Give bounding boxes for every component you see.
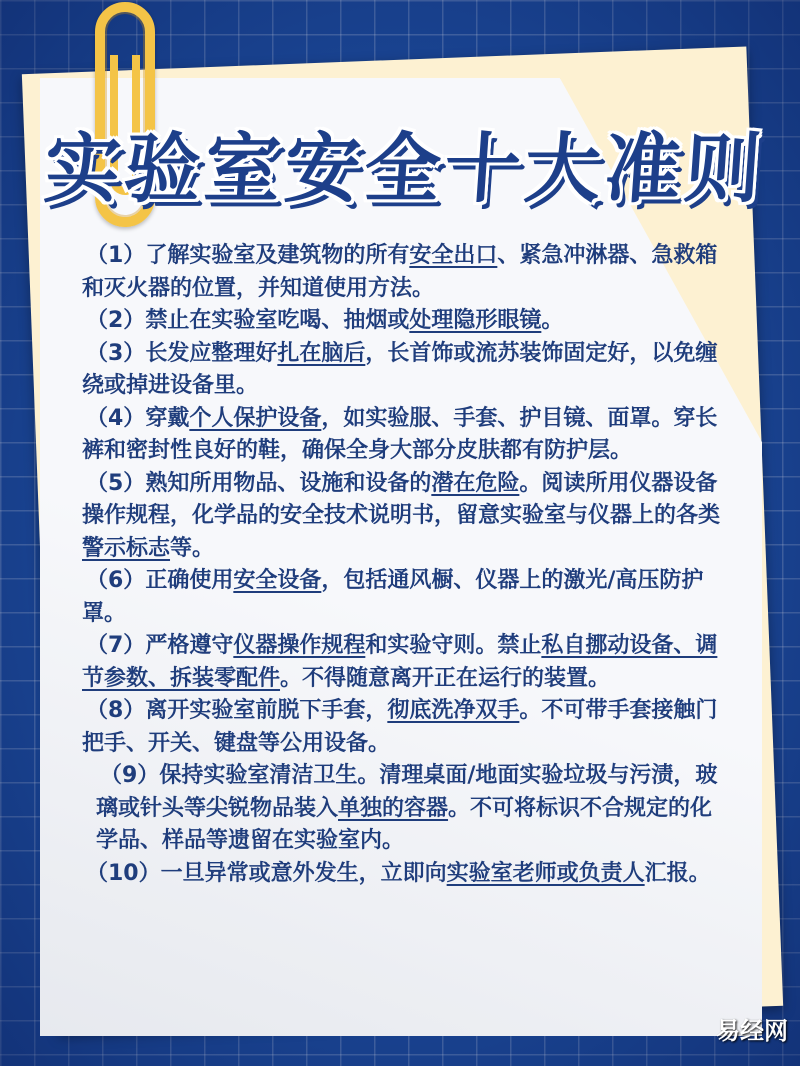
rule-number: （9） (100, 763, 159, 788)
rule-number: （1） (86, 243, 145, 268)
rule-number: （7） (86, 633, 145, 658)
rule-text: 和实验守则。禁止 (365, 633, 541, 658)
rule-item: （3）长发应整理好扎在脑后，长首饰或流苏装饰固定好，以免缠绕或掉进设备里。 (82, 338, 732, 403)
rule-item: （9）保持实验室清洁卫生。清理桌面/地面实验垃圾与污渍，玻璃或针头等尖锐物品装入… (82, 760, 732, 858)
rule-text: 熟知所用物品、设施和设备的 (145, 471, 431, 496)
rule-text: 禁止在实验室吃喝、抽烟或 (145, 308, 409, 333)
rule-text: 了解实验室及建筑物的所有 (145, 243, 409, 268)
rule-number: （10） (86, 861, 161, 886)
rule-text: 严格遵守 (145, 633, 233, 658)
rule-highlight: 扎在脑后 (277, 341, 365, 366)
rule-highlight: 处理隐形眼镜 (409, 308, 541, 333)
rule-text: 汇报。 (645, 861, 711, 886)
rule-highlight: 安全设备 (233, 568, 321, 593)
rule-number: （5） (86, 471, 145, 496)
rule-item: （8）离开实验室前脱下手套，彻底洗净双手。不可带手套接触门把手、开关、键盘等公用… (82, 695, 732, 760)
rules-list: （1）了解实验室及建筑物的所有安全出口、紧急冲淋器、急救箱和灭火器的位置，并知道… (82, 240, 732, 890)
rule-highlight: 实验室老师或负责人 (447, 861, 645, 886)
rule-text: 长发应整理好 (145, 341, 277, 366)
rule-text: 正确使用 (145, 568, 233, 593)
rule-text: 等。 (170, 536, 214, 561)
rule-item: （4）穿戴个人保护设备，如实验服、手套、护目镜、面罩。穿长裤和密封性良好的鞋，确… (82, 403, 732, 468)
rule-text: 离开实验室前脱下手套， (145, 698, 387, 723)
rule-item: （7）严格遵守仪器操作规程和实验守则。禁止私自挪动设备、调节参数、拆装零配件。不… (82, 630, 732, 695)
watermark: 易经网 (716, 1011, 788, 1046)
rule-highlight: 单独的容器 (338, 796, 448, 821)
rule-highlight: 个人保护设备 (189, 406, 321, 431)
rule-text: 。不得随意离开正在运行的装置。 (280, 666, 610, 691)
rule-item: （5）熟知所用物品、设施和设备的潜在危险。阅读所用仪器设备操作规程，化学品的安全… (82, 468, 732, 566)
page-title: 实验室安全十大准则 (41, 108, 769, 217)
rule-number: （6） (86, 568, 145, 593)
rule-text: 一旦异常或意外发生，立即向 (161, 861, 447, 886)
rule-highlight: 潜在危险 (431, 471, 519, 496)
rule-item: （1）了解实验室及建筑物的所有安全出口、紧急冲淋器、急救箱和灭火器的位置，并知道… (82, 240, 732, 305)
rule-highlight: 警示标志 (82, 536, 170, 561)
rule-highlight: 彻底洗净双手 (387, 698, 519, 723)
rule-number: （2） (86, 308, 145, 333)
rule-text: 穿戴 (145, 406, 189, 431)
rule-highlight: 仪器操作规程 (233, 633, 365, 658)
rule-item: （2）禁止在实验室吃喝、抽烟或处理隐形眼镜。 (82, 305, 732, 338)
rule-number: （4） (86, 406, 145, 431)
rule-item: （6）正确使用安全设备，包括通风橱、仪器上的激光/高压防护罩。 (82, 565, 732, 630)
rule-item: （10）一旦异常或意外发生，立即向实验室老师或负责人汇报。 (82, 858, 732, 891)
rule-highlight: 安全出口 (409, 243, 497, 268)
rule-text: 。 (541, 308, 563, 333)
rule-number: （3） (86, 341, 145, 366)
rule-number: （8） (86, 698, 145, 723)
